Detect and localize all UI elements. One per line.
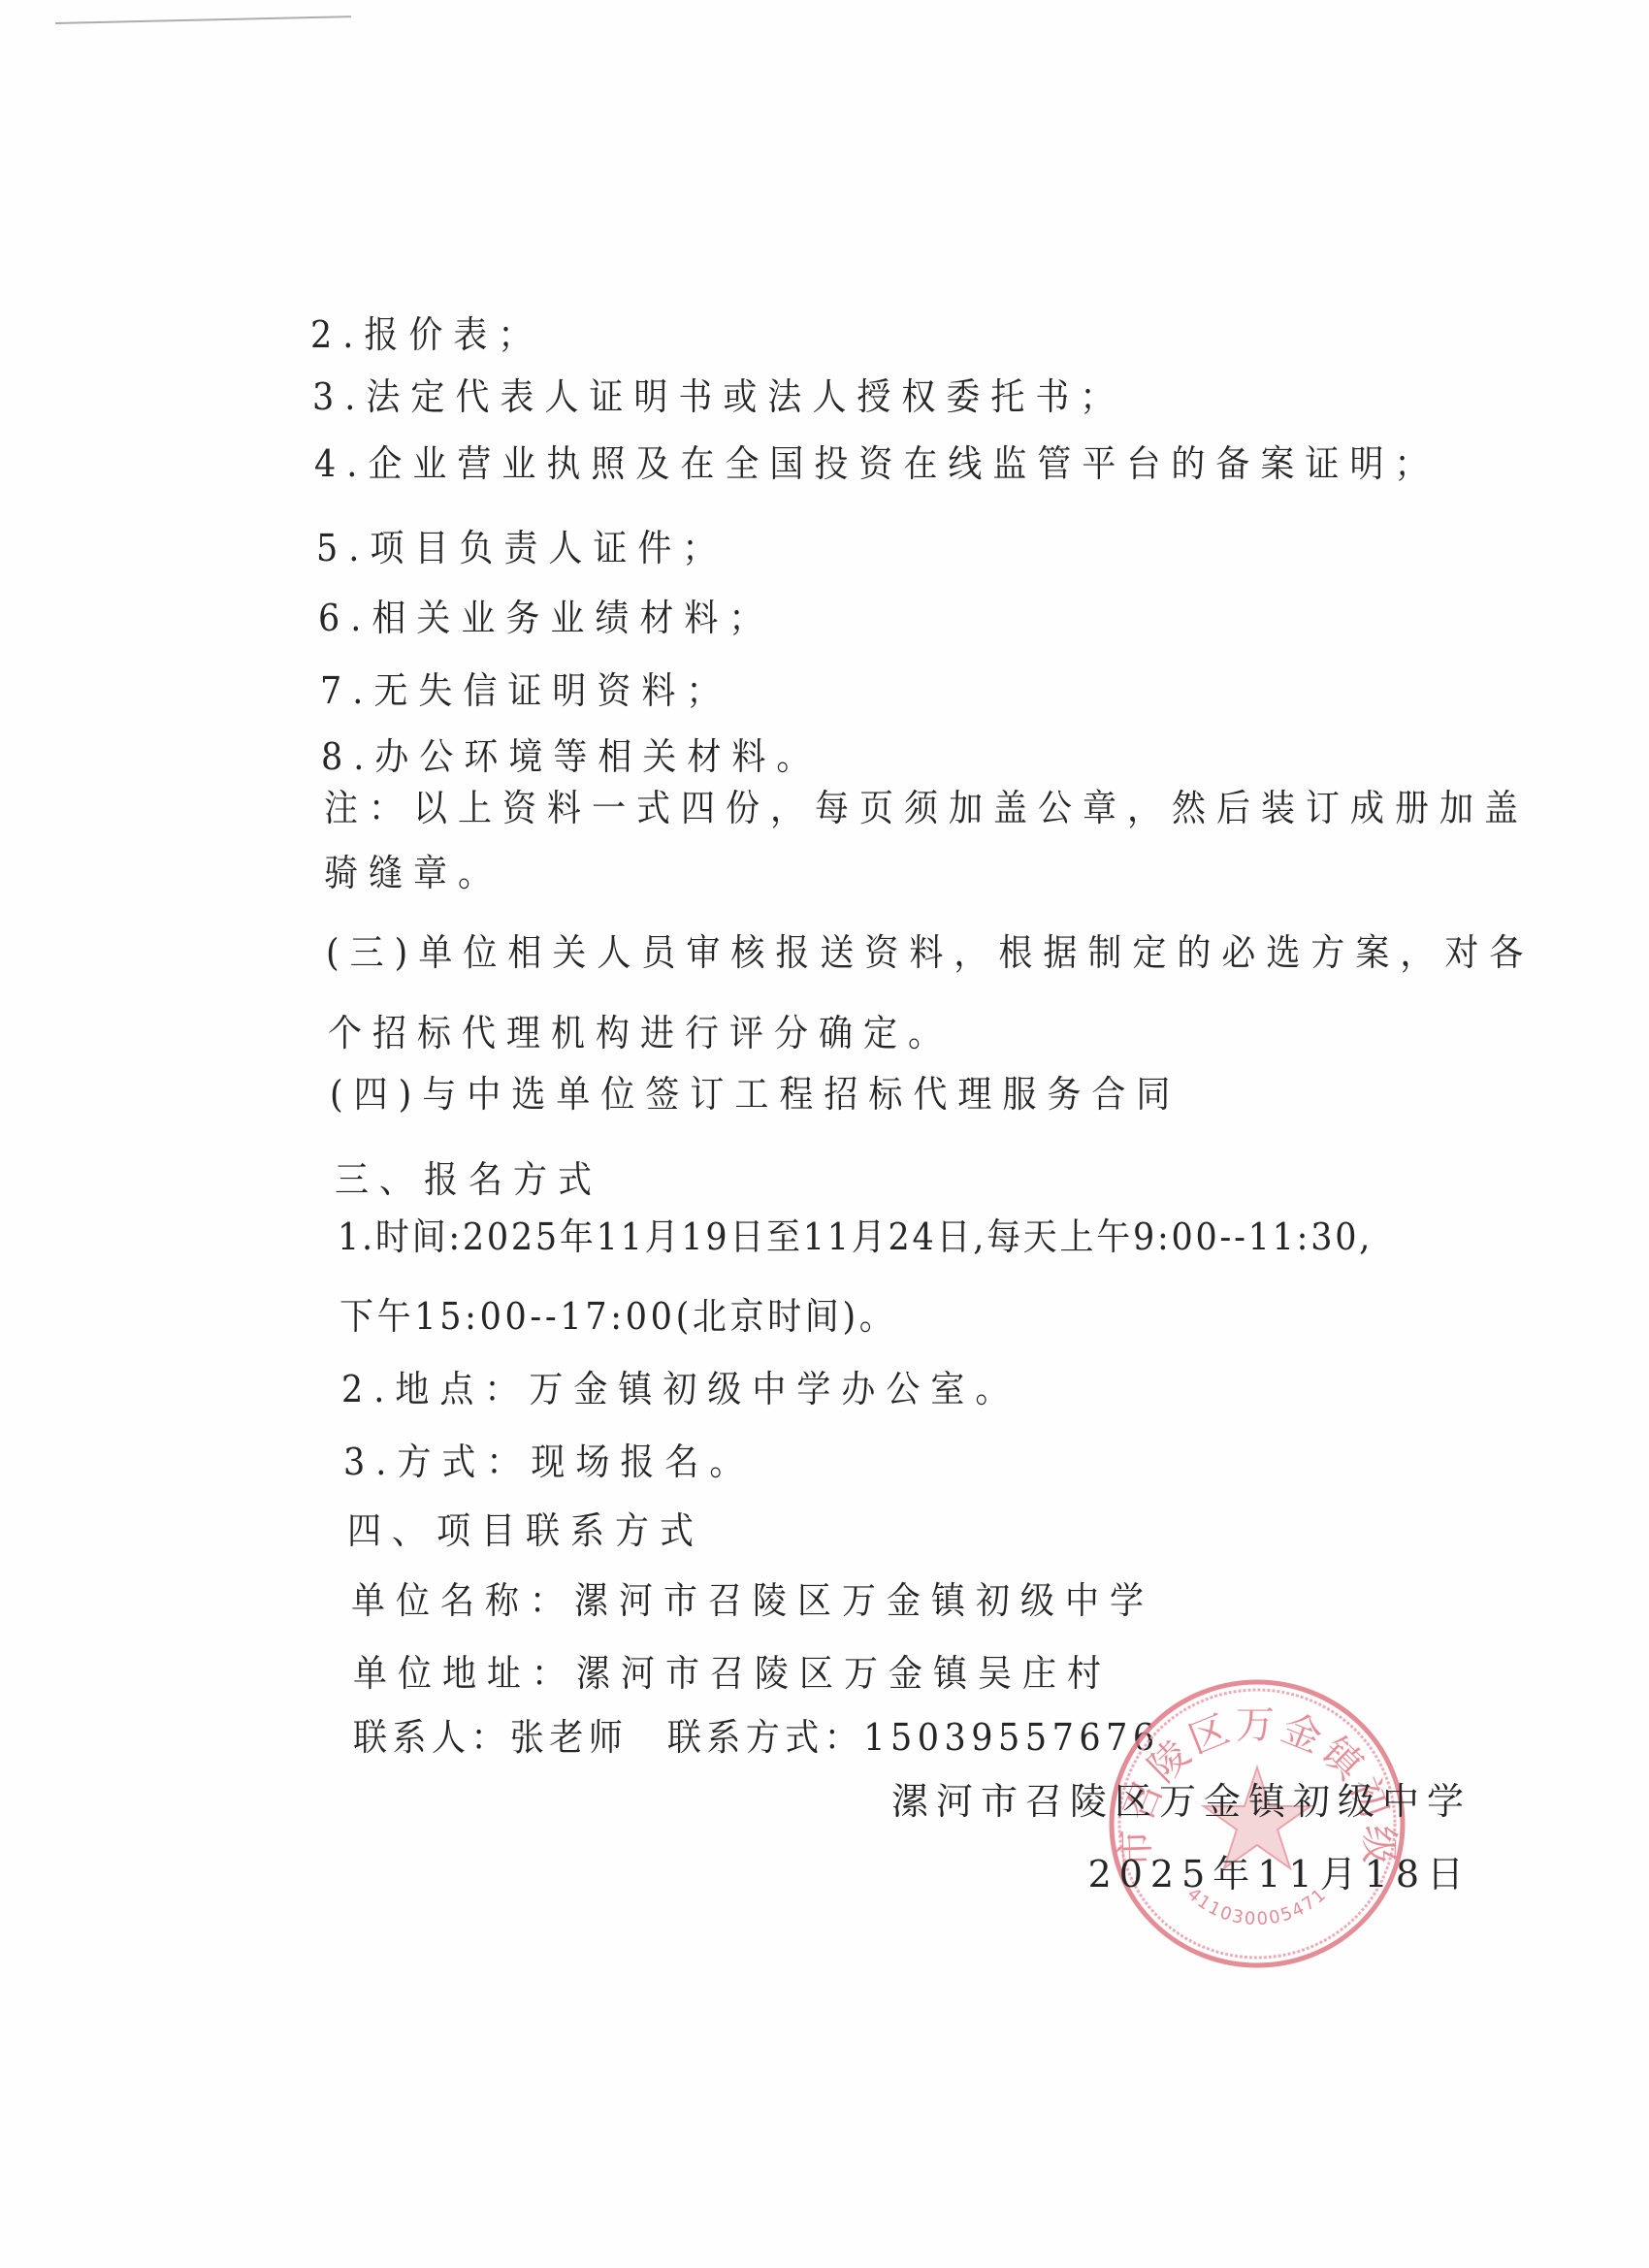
scan-artifact-line — [55, 16, 351, 24]
requirement-item-5: 5.项目负责人证件； — [316, 526, 727, 570]
requirement-item-3: 3.法定代表人证明书或法人授权委托书； — [312, 374, 1124, 419]
procedure-step-4: (四)与中选单位签订工程招标代理服务合同 — [330, 1072, 1180, 1117]
registration-place: 2.地点：万金镇初级中学办公室。 — [341, 1367, 1019, 1411]
requirement-item-6: 6.相关业务业绩材料； — [318, 596, 773, 640]
registration-method: 3.方式：现场报名。 — [343, 1440, 754, 1484]
note-line-2: 骑缝章。 — [324, 851, 502, 895]
section-heading-contact: 四、项目联系方式 — [347, 1508, 704, 1553]
requirement-item-7: 7.无失信证明资料； — [320, 668, 730, 713]
document-page: 2.报价表； 3.法定代表人证明书或法人授权委托书； 4.企业营业执照及在全国投… — [0, 0, 1649, 2268]
signature-organization: 漯河市召陵区万金镇初级中学 — [891, 1779, 1471, 1824]
procedure-step-3-line-1: (三)单位相关人员审核报送资料，根据制定的必选方案，对各 — [326, 930, 1534, 975]
contact-unit-name: 单位名称：漯河市召陵区万金镇初级中学 — [351, 1578, 1154, 1623]
contact-unit-address: 单位地址：漯河市召陵区万金镇吴庄村 — [353, 1651, 1112, 1696]
requirement-item-4: 4.企业营业执照及在全国投资在线监管平台的备案证明； — [314, 441, 1439, 486]
requirement-item-2: 2.报价表； — [310, 312, 542, 357]
requirement-item-8: 8.办公环境等相关材料。 — [321, 734, 821, 779]
registration-time-line-2: 下午15:00--17:00(北京时间)。 — [339, 1294, 896, 1339]
registration-time-line-1: 1.时间:2025年11月19日至11月24日,每天上午9:00--11:30, — [338, 1215, 1373, 1259]
procedure-step-3-line-2: 个招标代理机构进行评分确定。 — [328, 1011, 953, 1055]
signature-date: 2025年11月18日 — [1088, 1852, 1471, 1896]
section-heading-registration: 三、报名方式 — [335, 1157, 602, 1202]
svg-text:漯河市召陵区万金镇初级中学: 漯河市召陵区万金镇初级中学 — [1108, 1678, 1402, 1868]
contact-person-phone: 联系人：张老师 联系方式：15039557676 — [353, 1715, 1160, 1760]
note-line-1: 注：以上资料一式四份，每页须加盖公章，然后装订成册加盖 — [324, 786, 1529, 830]
